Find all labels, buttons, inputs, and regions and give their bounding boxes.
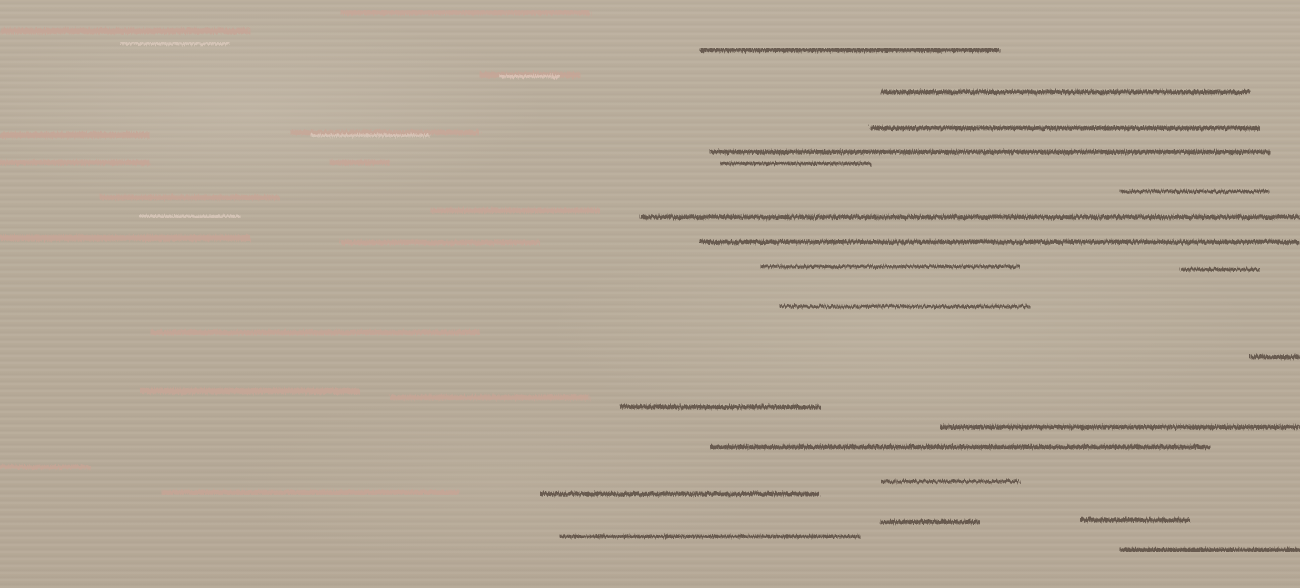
textured-surface-photo — [0, 0, 1300, 588]
dark-streaks — [540, 48, 1300, 552]
streak-layer — [0, 0, 1300, 588]
copper-streaks — [0, 10, 600, 495]
